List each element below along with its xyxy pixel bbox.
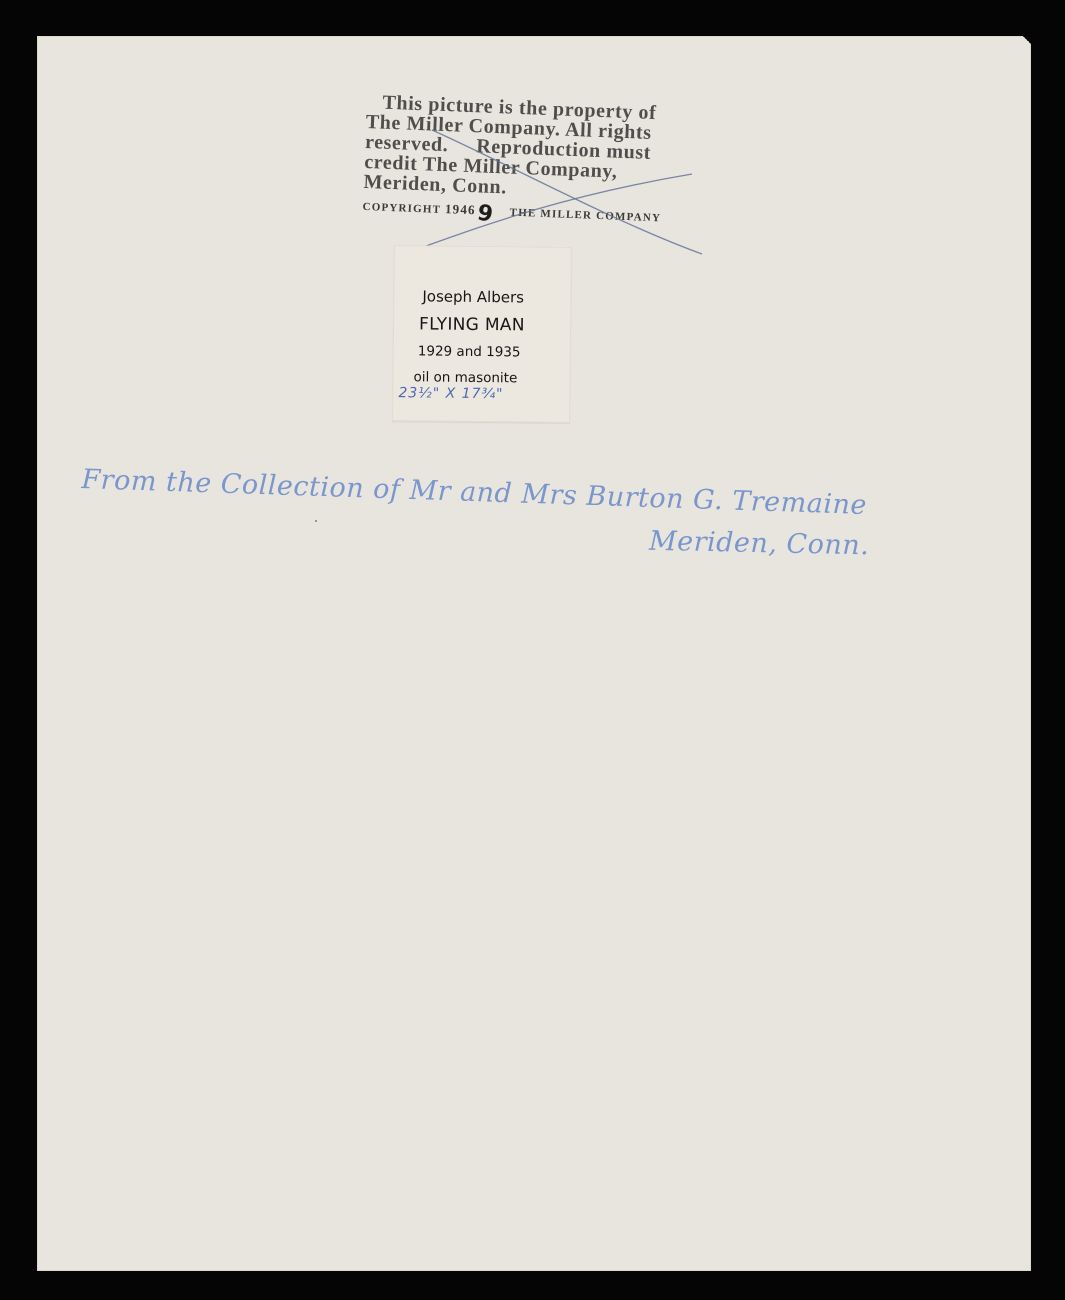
artist-name: Joseph Albers [422, 287, 524, 306]
photo-back-sheet: This picture is the property of The Mill… [37, 36, 1031, 1271]
provenance-note-line2: Meriden, Conn. [649, 526, 870, 562]
artwork-title: FLYING MAN [419, 314, 525, 335]
paper-speck [315, 520, 317, 522]
artwork-years: 1929 and 1935 [418, 343, 521, 360]
artwork-label: Joseph Albers FLYING MAN 1929 and 1935 o… [392, 245, 572, 423]
copyright-notice: COPYRIGHT 1946 9 [362, 201, 480, 217]
copyright-label: COPYRIGHT [362, 201, 441, 216]
provenance-note-line1: From the Collection of Mr and Mrs Burton… [81, 464, 867, 521]
year-correction: 9 [475, 200, 496, 228]
copyright-year: 1946 [445, 201, 476, 217]
artwork-medium: oil on masonite [413, 369, 517, 386]
company-name: THE MILLER COMPANY [509, 207, 661, 225]
artwork-dimensions: 23½" X 17¾" [398, 385, 503, 402]
ownership-stamp: This picture is the property of The Mill… [362, 92, 746, 228]
